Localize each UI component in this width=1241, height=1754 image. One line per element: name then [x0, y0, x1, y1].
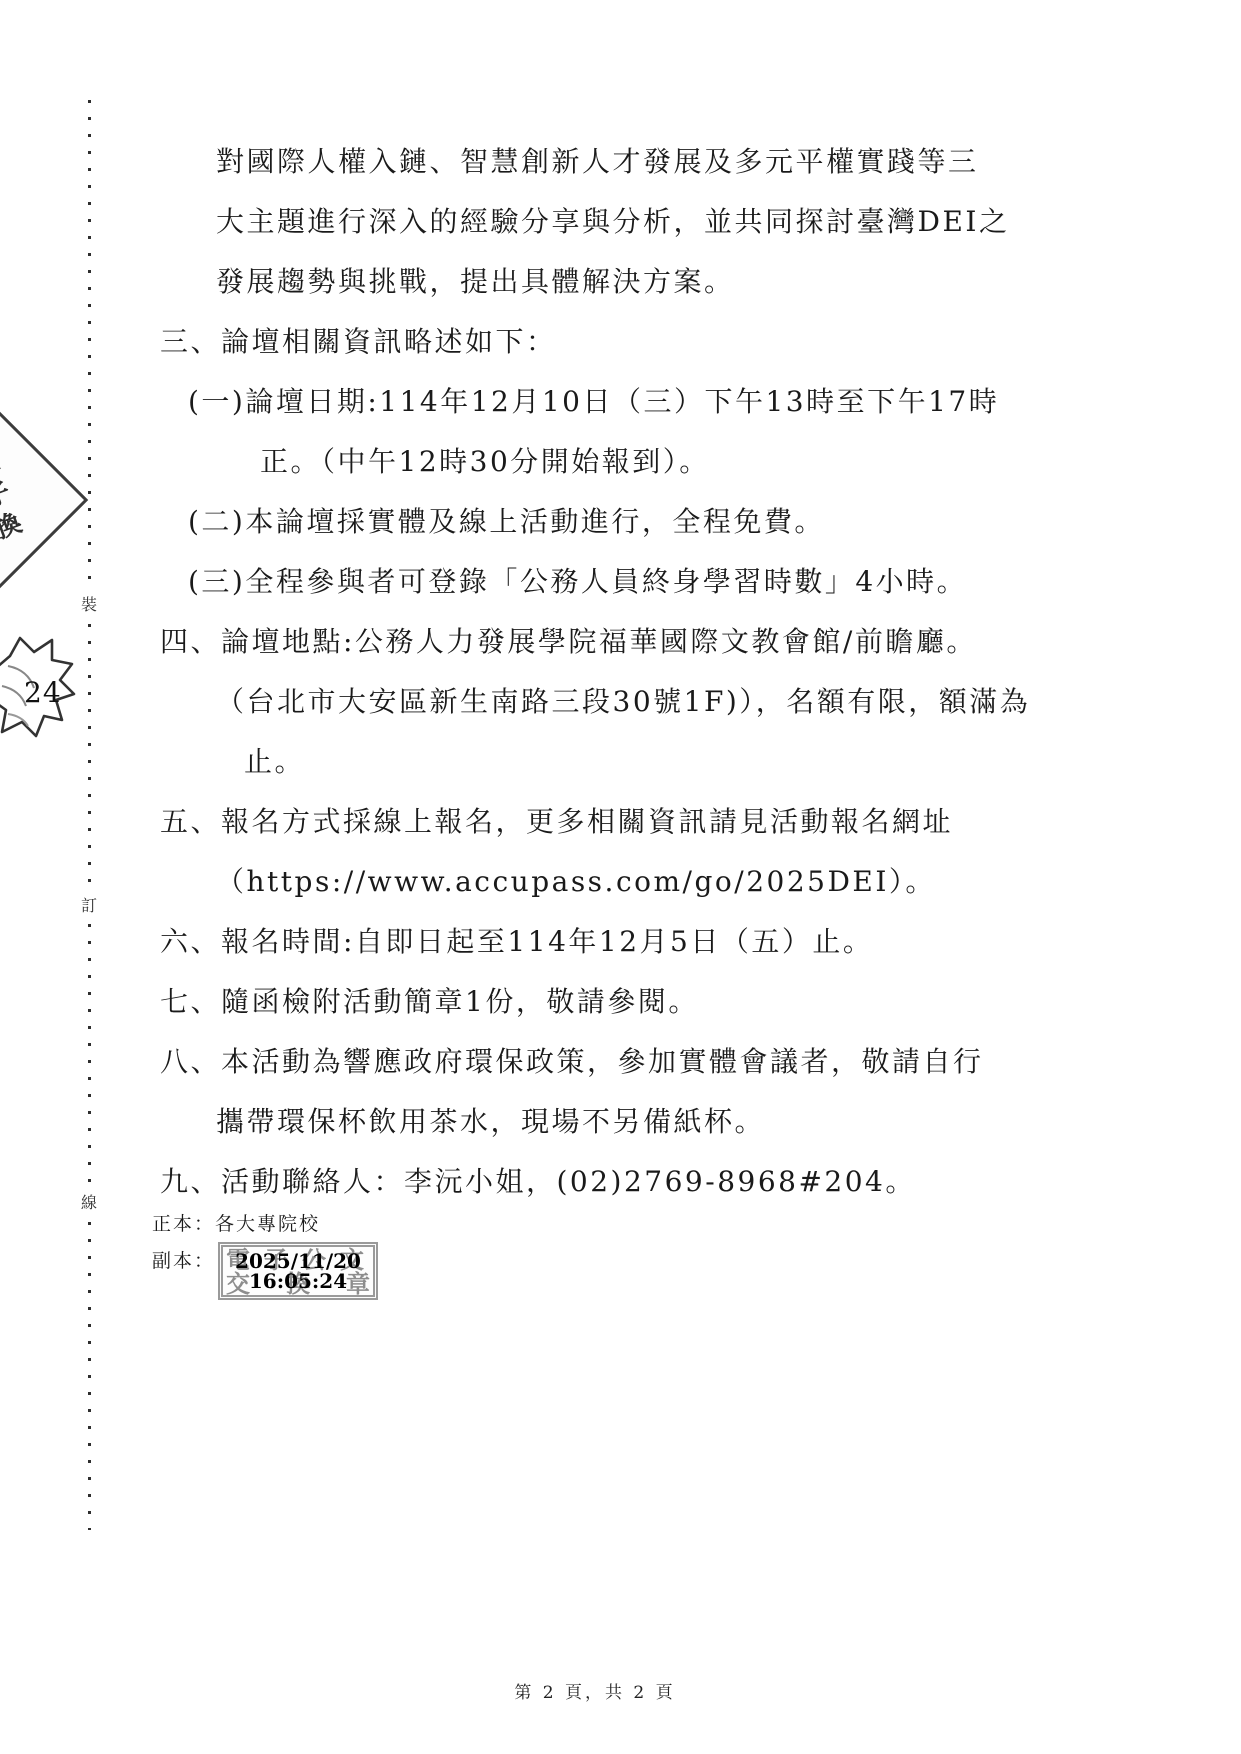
page-footer: 第 2 頁，共 2 頁	[0, 1678, 1190, 1703]
original-value: 各大專院校	[215, 1213, 320, 1235]
body-line: (一)論壇日期:114年12月10日（三）下午13時至下午17時	[188, 372, 1201, 432]
body-line: 發展趨勢與挑戰，提出具體解決方案。	[216, 252, 1201, 312]
body-line: （台北市大安區新生南路三段30號1F)），名額有限，額滿為	[216, 672, 1201, 732]
binding-dotted-line	[88, 1222, 91, 1530]
exchange-stamp-date: 2025/11/20	[235, 1251, 361, 1271]
original-label: 正本：	[152, 1213, 215, 1235]
exchange-stamp-time: 16:05:24	[249, 1271, 347, 1291]
body-line: (三)全程參與者可登錄「公務人員終身學習時數」4小時。	[188, 552, 1201, 612]
body-line: （https://www.accupass.com/go/2025DEI）。	[216, 852, 1201, 912]
body-line: 攜帶環保杯飲用茶水，現場不另備紙杯。	[216, 1092, 1201, 1152]
body-line: 五、報名方式採線上報名，更多相關資訊請見活動報名網址	[160, 792, 1201, 852]
body-line: 止。	[244, 732, 1201, 792]
body-line: (二)本論壇採實體及線上活動進行，全程免費。	[188, 492, 1201, 552]
body-line: 九、活動聯絡人：李沅小姐，(02)2769-8968#204。	[160, 1152, 1201, 1212]
body-line: 三、論壇相關資訊略述如下：	[160, 312, 1201, 372]
electronic-exchange-stamp: 電子公文 交換章 2025/11/20 16:05:24	[218, 1242, 378, 1300]
body-line: 大主題進行深入的經驗分享與分析，並共同探討臺灣DEI之	[216, 192, 1201, 252]
body-line: 四、論壇地點:公務人力發展學院福華國際文教會館/前瞻廳。	[160, 612, 1201, 672]
body-line: 對國際人權入鏈、智慧創新人才發展及多元平權實踐等三	[216, 132, 1201, 192]
body-text: 對國際人權入鏈、智慧創新人才發展及多元平權實踐等三大主題進行深入的經驗分享與分析…	[0, 132, 1201, 1212]
original-recipients-row: 正本：各大專院校	[152, 1206, 320, 1243]
body-line: 七、隨函檢附活動簡章1份，敬請參閱。	[160, 972, 1201, 1032]
copy-label: 副本：	[152, 1250, 215, 1272]
exchange-stamp-datetime: 2025/11/20 16:05:24	[223, 1247, 373, 1295]
body-line: 八、本活動為響應政府環保政策，參加實體會議者，敬請自行	[160, 1032, 1201, 1092]
body-line: 六、報名時間:自即日起至114年12月5日（五）止。	[160, 912, 1201, 972]
body-line: 正。（中午12時30分開始報到）。	[260, 432, 1201, 492]
document-page: 裝 訂 線 公文電子交換 24 對國際人權入鏈、智慧創新人才發展及多元平權實踐等…	[0, 0, 1241, 1754]
